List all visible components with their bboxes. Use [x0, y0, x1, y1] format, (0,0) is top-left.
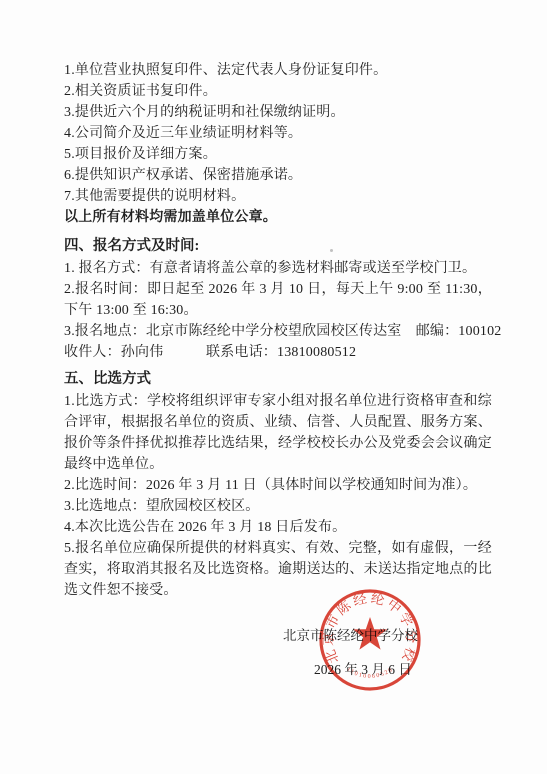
materials-item: 2.相关资质证书复印件。	[64, 81, 492, 102]
materials-note: 以上所有材料均需加盖单位公章。	[64, 207, 492, 228]
section4-item-contact: 收件人：孙向伟 联系电话：13810080512	[64, 342, 492, 363]
section4-item-time: 2.报名时间：即日起至 2026 年 3 月 10 日，每天上午 9:00 至 …	[64, 279, 492, 321]
scan-artifact	[330, 249, 333, 252]
seal-code-text: 11010060520	[345, 667, 394, 680]
materials-item: 7.其他需要提供的说明材料。	[64, 186, 492, 207]
section5-item-method: 1.比选方式：学校将组织评审专家小组对报名单位进行资格审查和综合评审，根据报名单…	[64, 391, 492, 475]
document-body: 1.单位营业执照复印件、法定代表人身份证复印件。 2.相关资质证书复印件。 3.…	[64, 60, 492, 601]
seal-star-icon	[353, 617, 387, 650]
document-page: 1.单位营业执照复印件、法定代表人身份证复印件。 2.相关资质证书复印件。 3.…	[0, 0, 547, 774]
official-seal: 北京市陈经纶中学分校 11010060520	[317, 587, 423, 693]
section5-item-place: 3.比选地点：望欣园校区校区。	[64, 496, 492, 517]
materials-item: 1.单位营业执照复印件、法定代表人身份证复印件。	[64, 60, 492, 81]
section5-item-validity: 5.报名单位应确保所提供的材料真实、有效、完整，如有虚假，一经查实，将取消其报名…	[64, 538, 492, 601]
section5-heading: 五、比选方式	[64, 367, 492, 391]
section5-item-time: 2.比选时间：2026 年 3 月 11 日（具体时间以学校通知时间为准）。	[64, 475, 492, 496]
materials-item: 5.项目报价及详细方案。	[64, 144, 492, 165]
materials-item: 3.提供近六个月的纳税证明和社保缴纳证明。	[64, 102, 492, 123]
section5-item-announce: 4.本次比选公告在 2026 年 3 月 18 日后发布。	[64, 517, 492, 538]
section4-heading: 四、报名方式及时间:	[64, 234, 492, 258]
materials-item: 4.公司简介及近三年业绩证明材料等。	[64, 123, 492, 144]
section4-item-method: 1. 报名方式：有意者请将盖公章的参选材料邮寄或送至学校门卫。	[64, 258, 492, 279]
section4-item-address: 3.报名地点：北京市陈经纶中学分校望欣园校区传达室 邮编：100102	[64, 321, 492, 342]
materials-item: 6.提供知识产权承诺、保密措施承诺。	[64, 165, 492, 186]
